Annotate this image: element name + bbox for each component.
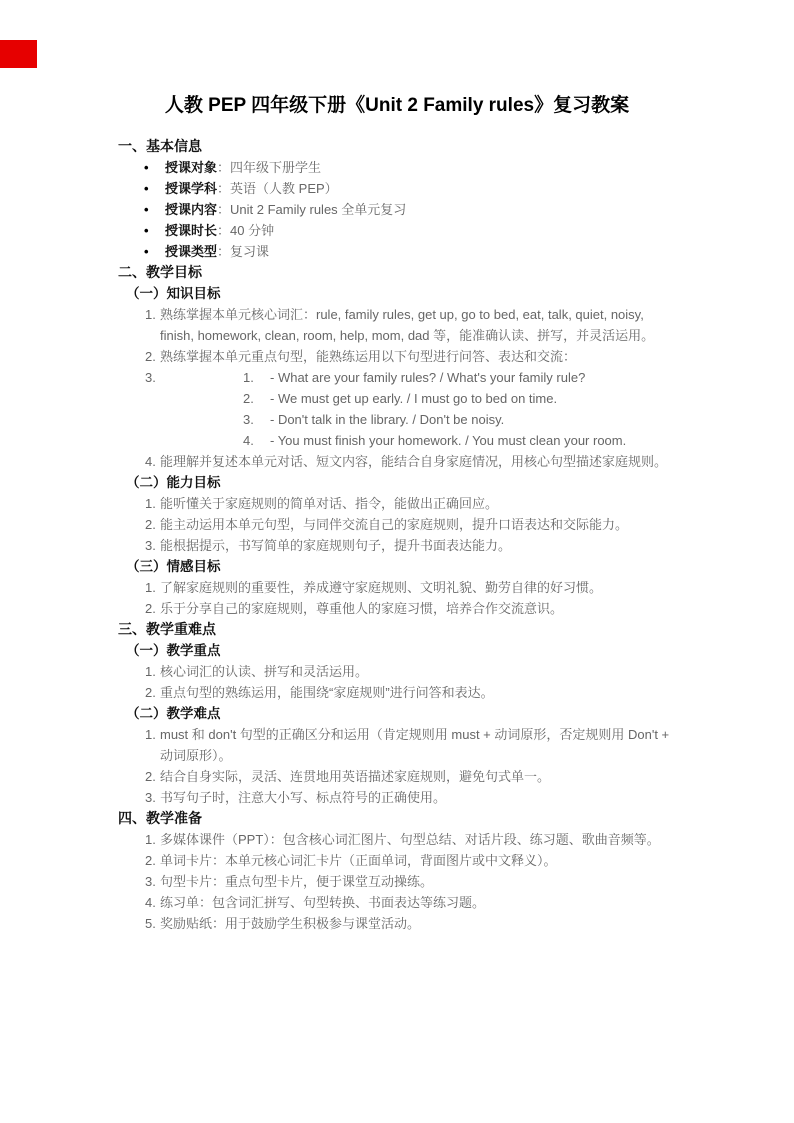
field-value: Unit 2 Family rules 全单元复习 <box>230 202 406 217</box>
list-item: - What are your family rules? / What's y… <box>118 367 676 451</box>
sentence-item: - What are your family rules? / What's y… <box>160 367 676 388</box>
list-item: 熟练掌握本单元重点句型，能熟练运用以下句型进行问答、表达和交流： <box>118 346 676 367</box>
preparation-list: 多媒体课件（PPT）：包含核心词汇图片、句型总结、对话片段、练习题、歌曲音频等。… <box>118 829 676 934</box>
list-item: 授课对象：四年级下册学生 <box>118 157 676 178</box>
list-item: 授课内容：Unit 2 Family rules 全单元复习 <box>118 199 676 220</box>
field-value: 复习课 <box>230 244 269 259</box>
document-page: 人教 PEP 四年级下册《Unit 2 Family rules》复习教案 一、… <box>0 0 794 1123</box>
subheading-emotion-goals: （三）情感目标 <box>118 556 676 577</box>
section-heading-basic-info: 一、基本信息 <box>118 136 676 157</box>
sentence-pattern-list: - What are your family rules? / What's y… <box>160 367 676 451</box>
list-item: 授课类型：复习课 <box>118 241 676 262</box>
subheading-ability-goals: （二）能力目标 <box>118 472 676 493</box>
list-item: 单词卡片：本单元核心词汇卡片（正面单词，背面图片或中文释义）。 <box>118 850 676 871</box>
emotion-goals-list: 了解家庭规则的重要性，养成遵守家庭规则、文明礼貌、勤劳自律的好习惯。 乐于分享自… <box>118 577 676 619</box>
red-corner-marker <box>0 40 37 68</box>
field-separator: ： <box>217 160 230 175</box>
field-label: 授课时长 <box>165 223 217 238</box>
list-item: 能根据提示，书写简单的家庭规则句子，提升书面表达能力。 <box>118 535 676 556</box>
list-item: 能听懂关于家庭规则的简单对话、指令，能做出正确回应。 <box>118 493 676 514</box>
list-item: 结合自身实际，灵活、连贯地用英语描述家庭规则，避免句式单一。 <box>118 766 676 787</box>
field-label: 授课对象 <box>165 160 217 175</box>
list-item: 了解家庭规则的重要性，养成遵守家庭规则、文明礼貌、勤劳自律的好习惯。 <box>118 577 676 598</box>
field-separator: ： <box>217 223 230 238</box>
list-item: must 和 don't 句型的正确区分和运用（肯定规则用 must + 动词原… <box>118 724 676 766</box>
field-value: 四年级下册学生 <box>230 160 321 175</box>
subheading-knowledge-goals: （一）知识目标 <box>118 283 676 304</box>
document-title: 人教 PEP 四年级下册《Unit 2 Family rules》复习教案 <box>118 92 676 120</box>
list-item: 乐于分享自己的家庭规则，尊重他人的家庭习惯，培养合作交流意识。 <box>118 598 676 619</box>
field-label: 授课类型 <box>165 244 217 259</box>
list-item: 能主动运用本单元句型，与同伴交流自己的家庭规则，提升口语表达和交际能力。 <box>118 514 676 535</box>
list-item: 熟练掌握本单元核心词汇：rule, family rules, get up, … <box>118 304 676 346</box>
field-separator: ： <box>217 202 230 217</box>
list-item: 奖励贴纸：用于鼓励学生积极参与课堂活动。 <box>118 913 676 934</box>
knowledge-goals-list: 熟练掌握本单元核心词汇：rule, family rules, get up, … <box>118 304 676 472</box>
teaching-focus-list: 核心词汇的认读、拼写和灵活运用。 重点句型的熟练运用，能围绕“家庭规则”进行问答… <box>118 661 676 703</box>
section-heading-objectives: 二、教学目标 <box>118 262 676 283</box>
list-item: 多媒体课件（PPT）：包含核心词汇图片、句型总结、对话片段、练习题、歌曲音频等。 <box>118 829 676 850</box>
ability-goals-list: 能听懂关于家庭规则的简单对话、指令，能做出正确回应。 能主动运用本单元句型，与同… <box>118 493 676 556</box>
list-item: 授课时长：40 分钟 <box>118 220 676 241</box>
list-item: 书写句子时，注意大小写、标点符号的正确使用。 <box>118 787 676 808</box>
sentence-item: - Don't talk in the library. / Don't be … <box>160 409 676 430</box>
list-item: 练习单：包含词汇拼写、句型转换、书面表达等练习题。 <box>118 892 676 913</box>
subheading-teaching-focus: （一）教学重点 <box>118 640 676 661</box>
field-label: 授课内容 <box>165 202 217 217</box>
section-heading-key-points: 三、教学重难点 <box>118 619 676 640</box>
list-item: 句型卡片：重点句型卡片，便于课堂互动操练。 <box>118 871 676 892</box>
subheading-teaching-difficulty: （二）教学难点 <box>118 703 676 724</box>
list-item: 能理解并复述本单元对话、短文内容，能结合自身家庭情况，用核心句型描述家庭规则。 <box>118 451 676 472</box>
field-value: 英语（人教 PEP） <box>230 181 338 196</box>
field-separator: ： <box>217 244 230 259</box>
list-item: 重点句型的熟练运用，能围绕“家庭规则”进行问答和表达。 <box>118 682 676 703</box>
field-separator: ： <box>217 181 230 196</box>
sentence-item: - You must finish your homework. / You m… <box>160 430 676 451</box>
document-content: 人教 PEP 四年级下册《Unit 2 Family rules》复习教案 一、… <box>0 0 794 934</box>
sentence-item: - We must get up early. / I must go to b… <box>160 388 676 409</box>
list-item: 核心词汇的认读、拼写和灵活运用。 <box>118 661 676 682</box>
field-value: 40 分钟 <box>230 223 274 238</box>
field-label: 授课学科 <box>165 181 217 196</box>
basic-info-list: 授课对象：四年级下册学生 授课学科：英语（人教 PEP） 授课内容：Unit 2… <box>118 157 676 262</box>
list-item: 授课学科：英语（人教 PEP） <box>118 178 676 199</box>
teaching-difficulty-list: must 和 don't 句型的正确区分和运用（肯定规则用 must + 动词原… <box>118 724 676 808</box>
section-heading-preparation: 四、教学准备 <box>118 808 676 829</box>
